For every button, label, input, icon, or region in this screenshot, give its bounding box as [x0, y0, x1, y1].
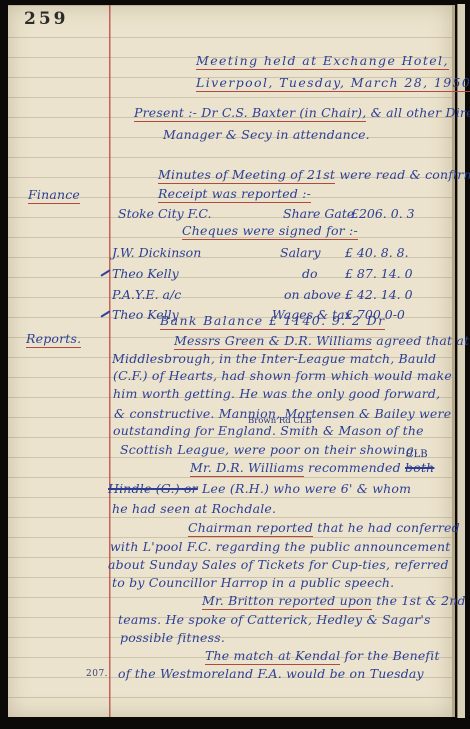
p5-l1-underlined: The match at Kendal: [205, 648, 340, 665]
p1-l6a: outstanding for England. Smith: [113, 423, 319, 438]
cheque-desc: on above: [284, 287, 341, 302]
report-p1-line1: Messrs Green & D.R. Williams agreed that…: [174, 334, 469, 348]
p1-l6b: & Mason of the: [319, 423, 424, 438]
heading-line-2-text: Liverpool, Tuesday, March 28, 1950.: [196, 75, 470, 92]
receipt-desc: Share Gate: [283, 206, 354, 221]
photo-background: 259 Meeting held at Exchange Hotel, Live…: [0, 0, 470, 729]
minutes-underlined: Minutes of Meeting of 21st: [158, 167, 335, 184]
minutes-rest: were read & confirmed: [335, 167, 470, 182]
p3-l1-underlined: Chairman reported: [188, 520, 313, 537]
cheque-amount: £ 87. 14. 0: [345, 266, 413, 281]
p1-l1-rest: agreed that at: [372, 333, 469, 348]
present-line: Present :- Dr C.S. Baxter (in Chair), & …: [134, 106, 470, 120]
p1-l1-underlined: Messrs Green & D.R. Williams: [174, 333, 372, 350]
heading-line-2: Liverpool, Tuesday, March 28, 1950.: [196, 76, 470, 90]
cheque-amount: £ 42. 14. 0: [345, 287, 413, 302]
report-p3-line2: with L'pool F.C. regarding the public an…: [110, 540, 450, 554]
margin-label-finance: Finance: [28, 188, 80, 202]
marginal-item-number: 207.: [86, 669, 108, 679]
report-p1-line2: Middlesbrough, in the Inter-League match…: [112, 352, 436, 366]
marginal-initials: CLB: [406, 449, 428, 460]
cheque-payee: J.W. Dickinson: [112, 245, 201, 260]
receipt-heading: Receipt was reported :-: [158, 187, 311, 201]
report-p3-line3: about Sunday Sales of Tickets for Cup-ti…: [108, 558, 449, 572]
p2-l2-rest: Lee (R.H.) who were 6' & whom: [198, 481, 411, 496]
present-underlined: Present :- Dr C.S. Baxter (in Chair),: [134, 105, 366, 122]
report-p2-line3: he had seen at Rochdale.: [112, 502, 276, 516]
report-p5-line1: The match at Kendal for the Benefit: [205, 649, 440, 663]
bank-balance-text: Bank Balance £ 1140. 9. 2 Dr: [160, 313, 385, 330]
report-p1-line6: outstanding for England. Smith & Mason o…: [113, 424, 424, 438]
p2-l1-underlined: Mr. D.R. Williams: [190, 460, 304, 477]
page-number-stamp: 259: [24, 9, 69, 29]
report-p3-line4: to by Councillor Harrop in a public spee…: [112, 576, 394, 590]
reports-label-text: Reports.: [26, 331, 81, 348]
cheque-payee: P.A.Y.E. a/c: [112, 287, 181, 302]
bank-balance-line: Bank Balance £ 1140. 9. 2 Dr: [160, 314, 385, 328]
margin-label-reports: Reports.: [26, 332, 81, 346]
report-p4-line3: possible fitness.: [120, 631, 225, 645]
report-p2-line1: Mr. D.R. Williams recommended both: [190, 461, 434, 475]
attendance-line: Manager & Secy in attendance.: [163, 128, 370, 142]
receipt-amount: £206. 0. 3: [351, 206, 415, 221]
p4-l1-underlined: Mr. Britton reported upon: [202, 593, 372, 610]
heading-line-1-text: Meeting held at Exchange Hotel,: [196, 53, 449, 70]
receipt-payee: Stoke City F.C.: [118, 206, 211, 221]
report-p1-line3: (C.F.) of Hearts, had shown form which w…: [113, 369, 452, 383]
cheque-desc: do: [302, 266, 318, 281]
finance-label-text: Finance: [28, 187, 80, 204]
cheques-heading: Cheques were signed for :-: [182, 224, 358, 238]
p5-l1-rest: for the Benefit: [340, 648, 439, 663]
report-p4-line1: Mr. Britton reported upon the 1st & 2nd: [202, 594, 466, 608]
minutes-line: Minutes of Meeting of 21st were read & c…: [158, 168, 470, 182]
receipt-heading-text: Receipt was reported :-: [158, 186, 311, 203]
p4-l1-rest: the 1st & 2nd: [372, 593, 466, 608]
report-p3-line1: Chairman reported that he had conferred: [188, 521, 460, 535]
report-p1-line7: Scottish League, were poor on their show…: [120, 443, 418, 457]
cheque-desc: Salary: [280, 245, 321, 260]
cheques-heading-text: Cheques were signed for :-: [182, 223, 358, 240]
report-p2-line2: Hindle (G.) or Lee (R.H.) who were 6' & …: [108, 482, 411, 496]
report-p4-line2: teams. He spoke of Catterick, Hedley & S…: [118, 613, 431, 627]
p3-l1-rest: that he had conferred: [313, 520, 460, 535]
p2-l1-mid: recommended: [304, 460, 405, 475]
p2-l2-struck: Hindle (G.) or: [108, 481, 198, 496]
cheque-payee: Theo Kelly: [112, 266, 179, 281]
p2-l1-struck: both: [405, 460, 434, 475]
heading-line-1: Meeting held at Exchange Hotel,: [196, 54, 449, 68]
cheque-amount: £ 40. 8. 8.: [345, 245, 409, 260]
report-p1-line4: him worth getting. He was the only good …: [113, 387, 440, 401]
report-p5-line2: of the Westmoreland F.A. would be on Tue…: [118, 667, 424, 681]
present-rest: & all other Directors.: [366, 105, 470, 120]
